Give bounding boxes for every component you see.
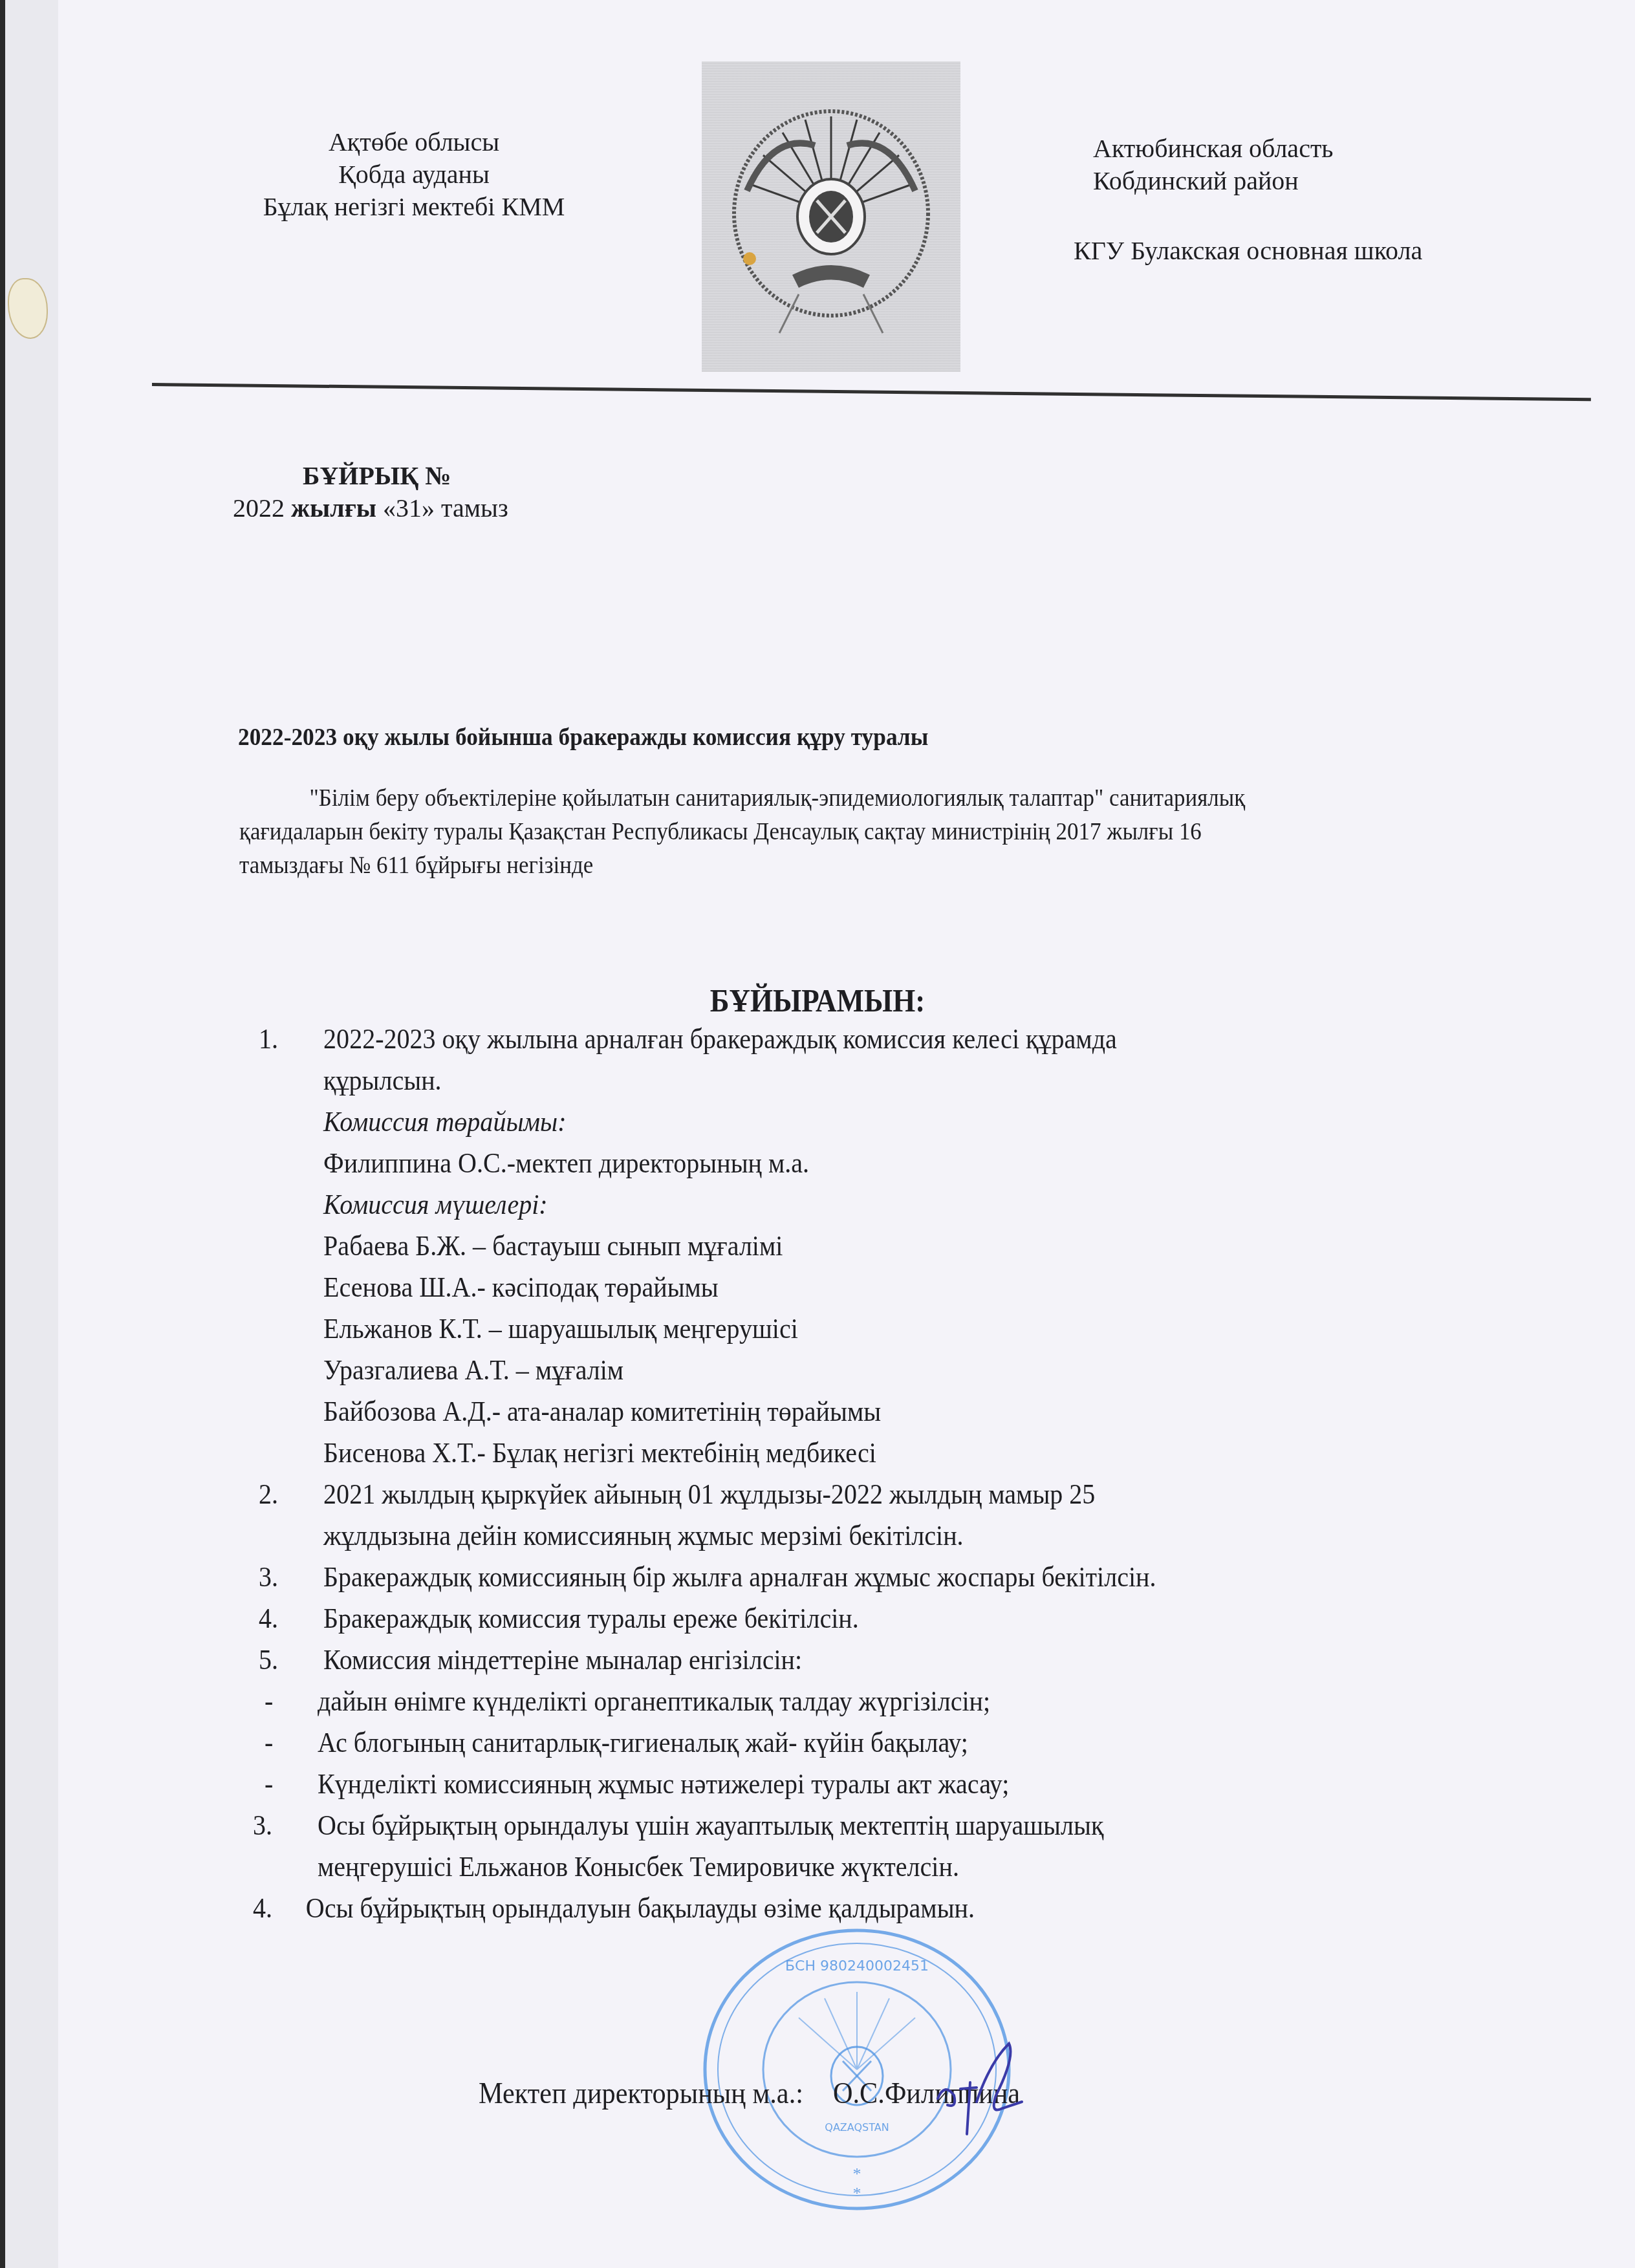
member: Бисенова Х.Т.- Бұлақ негізгі мектебінің …	[323, 1432, 1156, 1474]
item-4: 4. Бракераждық комиссия туралы ереже бек…	[259, 1598, 1156, 1639]
header-divider	[152, 383, 1591, 401]
duty: - Күнделікті комиссияның жұмыс нәтижелер…	[259, 1764, 1156, 1805]
duty: - Ас блогының санитарлық-гигиеналық жай-…	[259, 1722, 1156, 1764]
order-subject: 2022-2023 оқу жылы бойынша бракеражды ко…	[238, 723, 928, 751]
item-2: 2. 2021 жылдың қыркүйек айының 01 жұлдыз…	[259, 1474, 1156, 1557]
scan-margin	[5, 0, 58, 2268]
basis-line-1: "Білім беру объектілеріне қойылатын сани…	[310, 784, 1246, 812]
emblem-icon	[702, 61, 960, 372]
chair-label: Комиссия төрайымы:	[323, 1101, 1156, 1143]
item-3: 3. Бракераждық комиссияның бір жылға арн…	[259, 1557, 1156, 1598]
date-word: жылғы	[291, 493, 376, 523]
region-ru: Актюбинская область	[1093, 133, 1422, 165]
header-russian: Актюбинская область Кобдинский район КГУ…	[1093, 133, 1422, 267]
school-kz: Бұлақ негізгі мектебі КММ	[213, 191, 614, 223]
item-responsibility: 3. Осы бұйрықтың орындалуы үшін жауаптыл…	[259, 1805, 1156, 1888]
member: Уразгалиева А.Т. – мұғалім	[323, 1350, 1156, 1391]
date-year: 2022	[233, 493, 285, 523]
svg-text:*: *	[853, 2165, 861, 2183]
district-kz: Қобда ауданы	[213, 158, 614, 191]
basis-line-3: тамыздағы № 611 бұйрығы негізінде	[239, 848, 1453, 882]
item-control: 4. Осы бұйрықтың орындалуын бақылауды өз…	[259, 1888, 1156, 1929]
order-basis: "Білім беру объектілеріне қойылатын сани…	[239, 781, 1453, 882]
order-title: БҰЙРЫҚ №	[303, 460, 451, 491]
basis-line-2: қағидаларын бекіту туралы Қазақстан Респ…	[239, 815, 1453, 848]
order-items: 1. 2022-2023 оқу жылына арналған бракера…	[259, 1019, 1156, 1929]
duty: - дайын өнімге күнделікті органептикалық…	[259, 1681, 1156, 1722]
school-ru: КГУ Булакская основная школа	[1074, 235, 1422, 267]
svg-text:*: *	[853, 2184, 861, 2203]
member: Рабаева Б.Ж. – бастауыш сынып мұғалімі	[323, 1226, 1156, 1267]
members-label: Комиссия мүшелері:	[323, 1184, 1156, 1226]
decree-heading: БҰЙЫРАМЫН:	[81, 982, 1553, 1019]
svg-text:QAZAQSTAN: QAZAQSTAN	[825, 2121, 889, 2133]
handwritten-signature-icon	[931, 2037, 1028, 2141]
member: Байбозова А.Д.- ата-аналар комитетінің т…	[323, 1391, 1156, 1432]
item-1: 1. 2022-2023 оқу жылына арналған бракера…	[259, 1019, 1156, 1474]
svg-text:БСН 980240002451: БСН 980240002451	[785, 1958, 929, 1974]
date-month: тамыз	[441, 493, 508, 523]
scan-edge	[0, 0, 5, 2268]
region-kz: Ақтөбе облысы	[213, 126, 614, 158]
state-emblem	[702, 61, 960, 372]
item-5: 5. Комиссия міндеттеріне мыналар енгізіл…	[259, 1639, 1156, 1681]
district-ru: Кобдинский район	[1093, 165, 1422, 197]
member: Ельжанов К.Т. – шаруашылық меңгерушісі	[323, 1308, 1156, 1350]
date-day: «31»	[383, 493, 435, 523]
chair-name: Филиппина О.С.-мектеп директорының м.а.	[323, 1143, 1156, 1184]
signer-role: Мектеп директорының м.а.:	[479, 2077, 803, 2110]
order-date: 2022 жылғы «31» тамыз	[233, 493, 508, 523]
member: Есенова Ш.А.- кәсіподақ төрайымы	[323, 1267, 1156, 1308]
header-kazakh: Ақтөбе облысы Қобда ауданы Бұлақ негізгі…	[213, 126, 614, 223]
